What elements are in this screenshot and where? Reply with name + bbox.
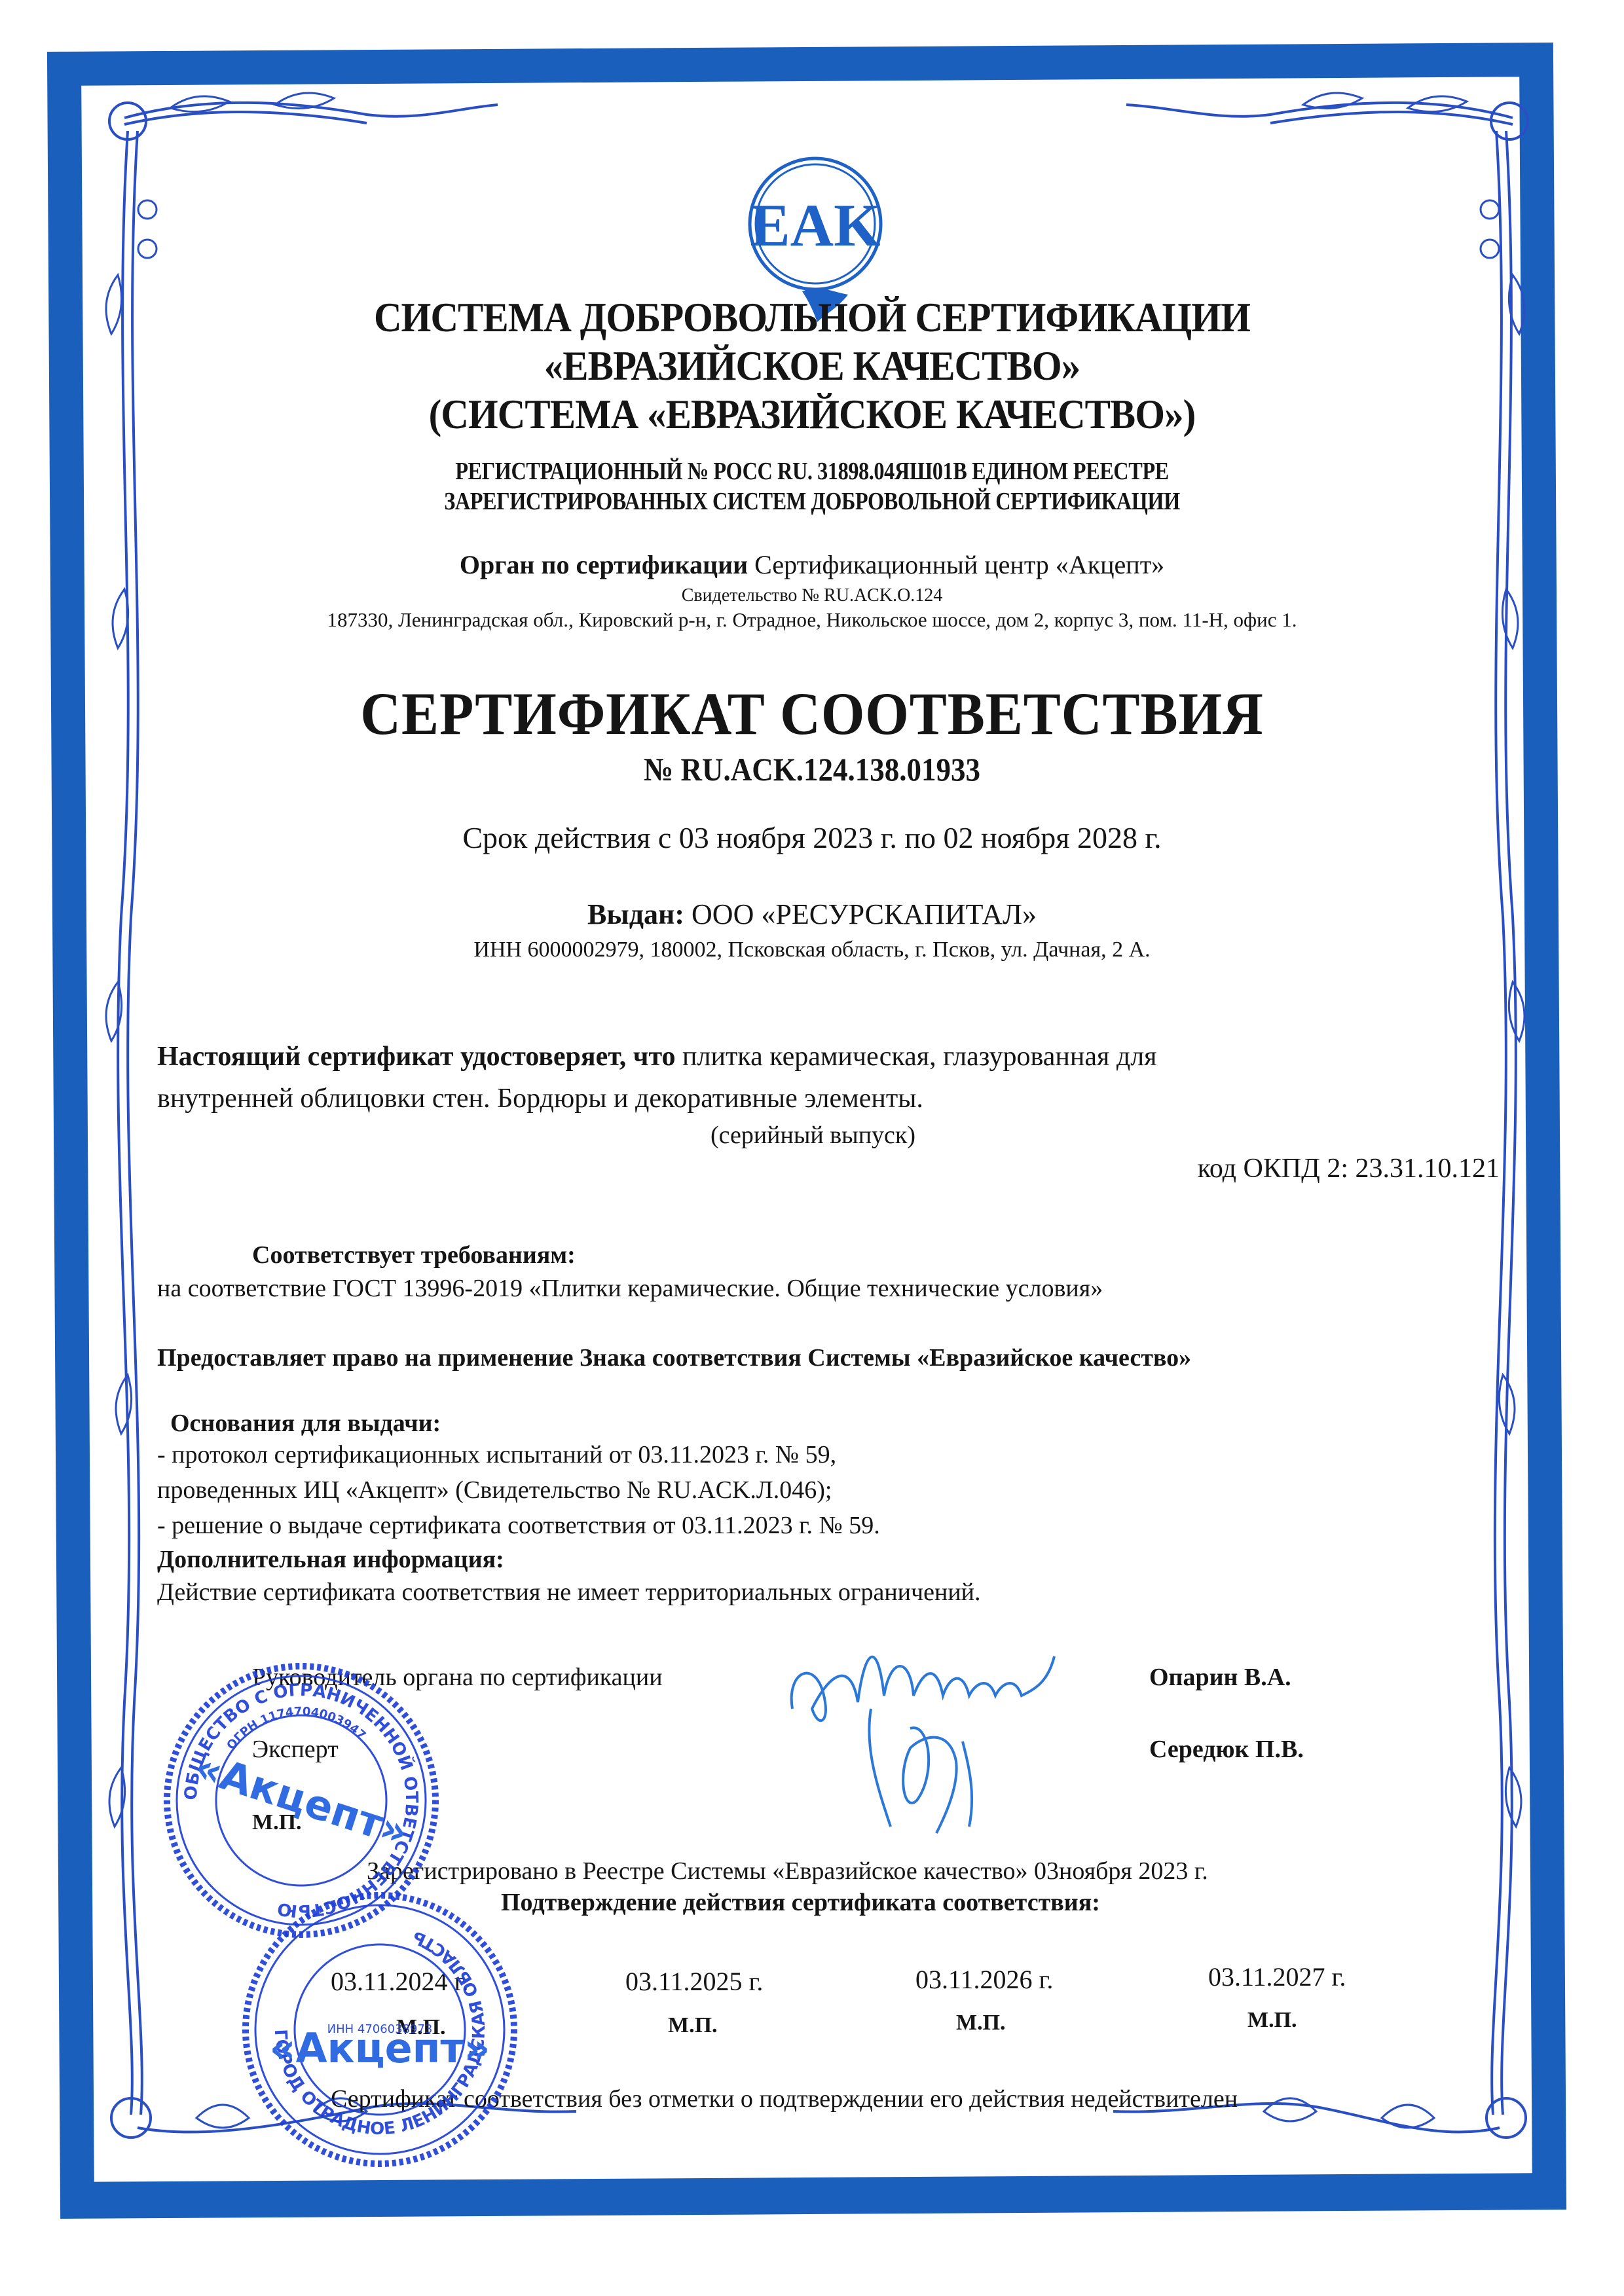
certification-body-label: Орган по сертификации — [460, 550, 748, 579]
head-name: Опарин В.А. — [1149, 1662, 1291, 1693]
requirements-text: на соответствие ГОСТ 13996-2019 «Плитки … — [157, 1273, 1103, 1304]
product-description-2: внутренней облицовки стен. Бордюры и дек… — [157, 1080, 1467, 1117]
certification-body-name: Сертификационный центр «Акцепт» — [754, 550, 1164, 579]
validity-footer-note: Сертификат соответствия без отметки о по… — [331, 2083, 1238, 2115]
product-line1: Настоящий сертификат удостоверяет, что п… — [157, 1038, 1467, 1075]
certificate-number: № RU.ACK.124.138.01933 — [81, 750, 1543, 789]
basis-item: - решение о выдаче сертификата соответст… — [157, 1510, 880, 1541]
confirmation-date: 03.11.2026 г. — [915, 1964, 1053, 1995]
svg-text:EAK: EAK — [750, 192, 880, 259]
akcept-seal-stamp: ОБЩЕСТВО С ОГРАНИЧЕННОЙ ОТВЕТСТВЕННОСТЬЮ… — [157, 1656, 445, 1944]
basis-label: Основания для выдачи: — [170, 1408, 441, 1439]
certificate-title: СЕРТИФИКАТ СООТВЕТСТВИЯ — [57, 681, 1567, 746]
registry-text: Зарегистрировано в Реестре Системы «Евра… — [367, 1855, 1208, 1887]
basis-item: - протокол сертификационных испытаний от… — [157, 1439, 836, 1470]
certification-body: Орган по сертификации Сертификационный ц… — [0, 549, 1624, 581]
confirmation-date: 03.11.2024 г. — [331, 1966, 468, 1997]
confirmation-date: 03.11.2027 г. — [1208, 1961, 1346, 1992]
confirmation-seal: М.П. — [956, 2011, 1006, 2035]
svg-text:«Акцепт»: «Акцепт» — [270, 2024, 490, 2072]
system-name-line1: СИСТЕМА ДОБРОВОЛЬНОЙ СЕРТИФИКАЦИИ — [65, 293, 1559, 342]
confirmation-seal: М.П. — [396, 2015, 446, 2040]
certificate-validity: Срок действия с 03 ноября 2023 г. по 02 … — [0, 820, 1624, 856]
confirmation-seal: М.П. — [668, 2013, 718, 2038]
expert-name: Середюк П.В. — [1149, 1734, 1304, 1765]
mark-usage-right: Предоставляет право на применение Знака … — [157, 1342, 1191, 1374]
product-description-1: плитка керамическая, глазурованная для — [682, 1042, 1156, 1072]
issued-to-label: Выдан: — [587, 898, 684, 930]
confirmation-date: 03.11.2025 г. — [625, 1966, 763, 1997]
registration-line1: РЕГИСТРАЦИОННЫЙ № РОСС RU. 31898.04ЯШ01В… — [122, 456, 1502, 486]
seal-label: М.П. — [252, 1810, 302, 1835]
production-type: (серийный выпуск) — [710, 1120, 915, 1151]
signature-opparin — [779, 1630, 1146, 1840]
additional-info-label: Дополнительная информация: — [157, 1544, 504, 1575]
confirmation-label: Подтверждение действия сертификата соотв… — [501, 1887, 1100, 1918]
basis-item: проведенных ИЦ «Акцепт» (Свидетельство №… — [157, 1474, 832, 1506]
issued-to: Выдан: ООО «РЕСУРСКАПИТАЛ» — [0, 897, 1624, 932]
akcept-seal-stamp: ГОРОД ОТРАДНОЕ ЛЕНИНГРАДСКАЯ ОБЛАСТЬ ИНН… — [236, 1886, 524, 2174]
product-intro: Настоящий сертификат удостоверяет, что — [157, 1042, 676, 1072]
requirements-label: Соответствует требованиям: — [252, 1239, 576, 1271]
additional-info-text: Действие сертификата соответствия не име… — [157, 1576, 981, 1608]
expert-label: Эксперт — [252, 1734, 339, 1765]
issued-to-company: ООО «РЕСУРСКАПИТАЛ» — [692, 898, 1037, 930]
okpd-code: код ОКПД 2: 23.31.10.121 — [1198, 1150, 1500, 1187]
issued-to-details: ИНН 6000002979, 180002, Псковская област… — [0, 936, 1624, 964]
certification-body-certificate: Свидетельство № RU.ACK.O.124 — [0, 585, 1624, 607]
confirmation-seal: М.П. — [1247, 2008, 1297, 2033]
system-name-line3: (СИСТЕМА «ЕВРАЗИЙСКОЕ КАЧЕСТВО») — [65, 390, 1559, 439]
system-name-line2: «ЕВРАЗИЙСКОЕ КАЧЕСТВО» — [65, 342, 1559, 390]
certification-body-address: 187330, Ленинградская обл., Кировский р-… — [0, 608, 1624, 632]
head-label: Руководитель органа по сертификации — [252, 1662, 663, 1693]
registration-line2: ЗАРЕГИСТРИРОВАННЫХ СИСТЕМ ДОБРОВОЛЬНОЙ С… — [122, 486, 1502, 517]
certificate-content: EAK СИСТЕМА ДОБРОВОЛЬНОЙ СЕРТИФИКАЦИИ «Е… — [0, 0, 1624, 2296]
